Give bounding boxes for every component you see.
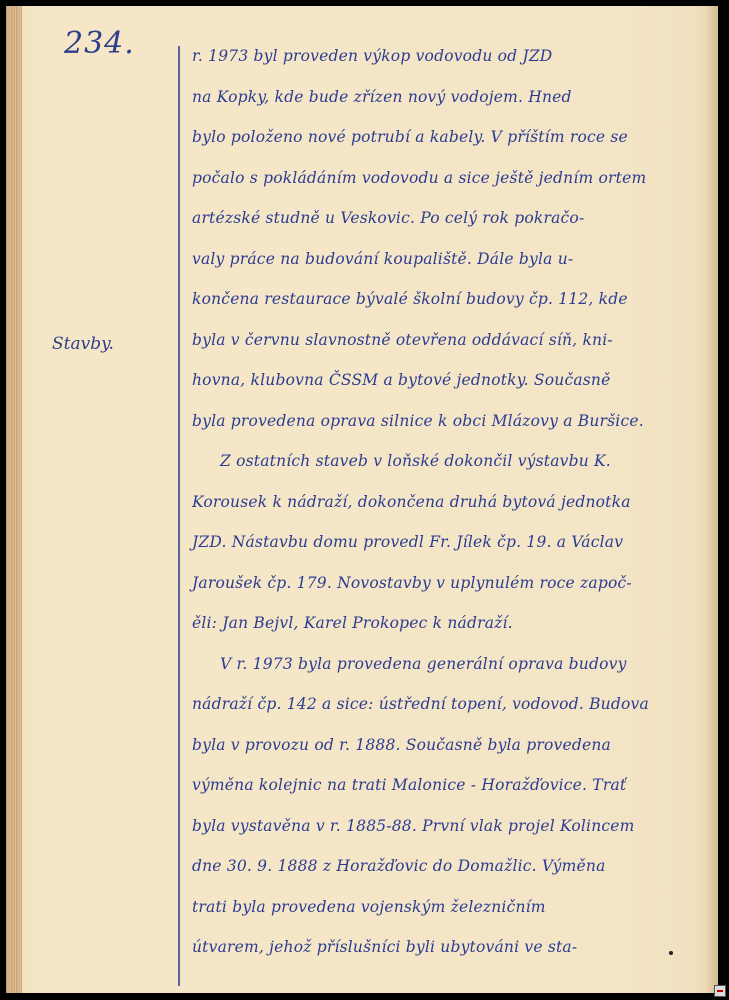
manuscript-page: 234. Stavby. r. 1973 byl proveden výkop … xyxy=(6,6,718,993)
ink-spot xyxy=(669,951,673,955)
text-line: Jaroušek čp. 179. Novostavby v uplynulém… xyxy=(192,563,712,604)
text-line: r. 1973 byl proveden výkop vodovodu od J… xyxy=(192,36,712,77)
text-line: počalo s pokládáním vodovodu a sice ješt… xyxy=(192,158,712,199)
text-line: Korousek k nádraží, dokončena druhá byto… xyxy=(192,482,712,523)
text-line: byla v provozu od r. 1888. Současně byla… xyxy=(192,725,712,766)
text-line: hovna, klubovna ČSSM a bytové jednotky. … xyxy=(192,360,712,401)
minimize-icon[interactable] xyxy=(714,985,726,997)
text-line: bylo položeno nové potrubí a kabely. V p… xyxy=(192,117,712,158)
text-line: byla v červnu slavnostně otevřena oddáva… xyxy=(192,320,712,361)
viewer-frame: 234. Stavby. r. 1973 byl proveden výkop … xyxy=(0,0,729,1000)
handwritten-body: r. 1973 byl proveden výkop vodovodu od J… xyxy=(192,36,712,968)
text-line: Z ostatních staveb v loňské dokončil výs… xyxy=(192,441,712,482)
margin-note: Stavby. xyxy=(52,334,114,354)
text-line: nádraží čp. 142 a sice: ústřední topení,… xyxy=(192,684,712,725)
text-line: JZD. Nástavbu domu provedl Fr. Jílek čp.… xyxy=(192,522,712,563)
text-line: byla provedena oprava silnice k obci Mlá… xyxy=(192,401,712,442)
margin-rule xyxy=(178,46,180,986)
text-line: na Kopky, kde bude zřízen nový vodojem. … xyxy=(192,77,712,118)
page-number: 234. xyxy=(64,26,135,61)
page-stack-edge xyxy=(6,6,22,993)
text-line: dne 30. 9. 1888 z Horažďovic do Domažlic… xyxy=(192,846,712,887)
text-line: byla vystavěna v r. 1885-88. První vlak … xyxy=(192,806,712,847)
text-line: trati byla provedena vojenským železničn… xyxy=(192,887,712,928)
text-line: V r. 1973 byla provedena generální oprav… xyxy=(192,644,712,685)
text-line: artézské studně u Veskovic. Po celý rok … xyxy=(192,198,712,239)
text-line: končena restaurace bývalé školní budovy … xyxy=(192,279,712,320)
text-line: ěli: Jan Bejvl, Karel Prokopec k nádraží… xyxy=(192,603,712,644)
text-line: valy práce na budování koupaliště. Dále … xyxy=(192,239,712,280)
text-line: výměna kolejnic na trati Malonice - Hora… xyxy=(192,765,712,806)
text-line: útvarem, jehož příslušníci byli ubytován… xyxy=(192,927,712,968)
